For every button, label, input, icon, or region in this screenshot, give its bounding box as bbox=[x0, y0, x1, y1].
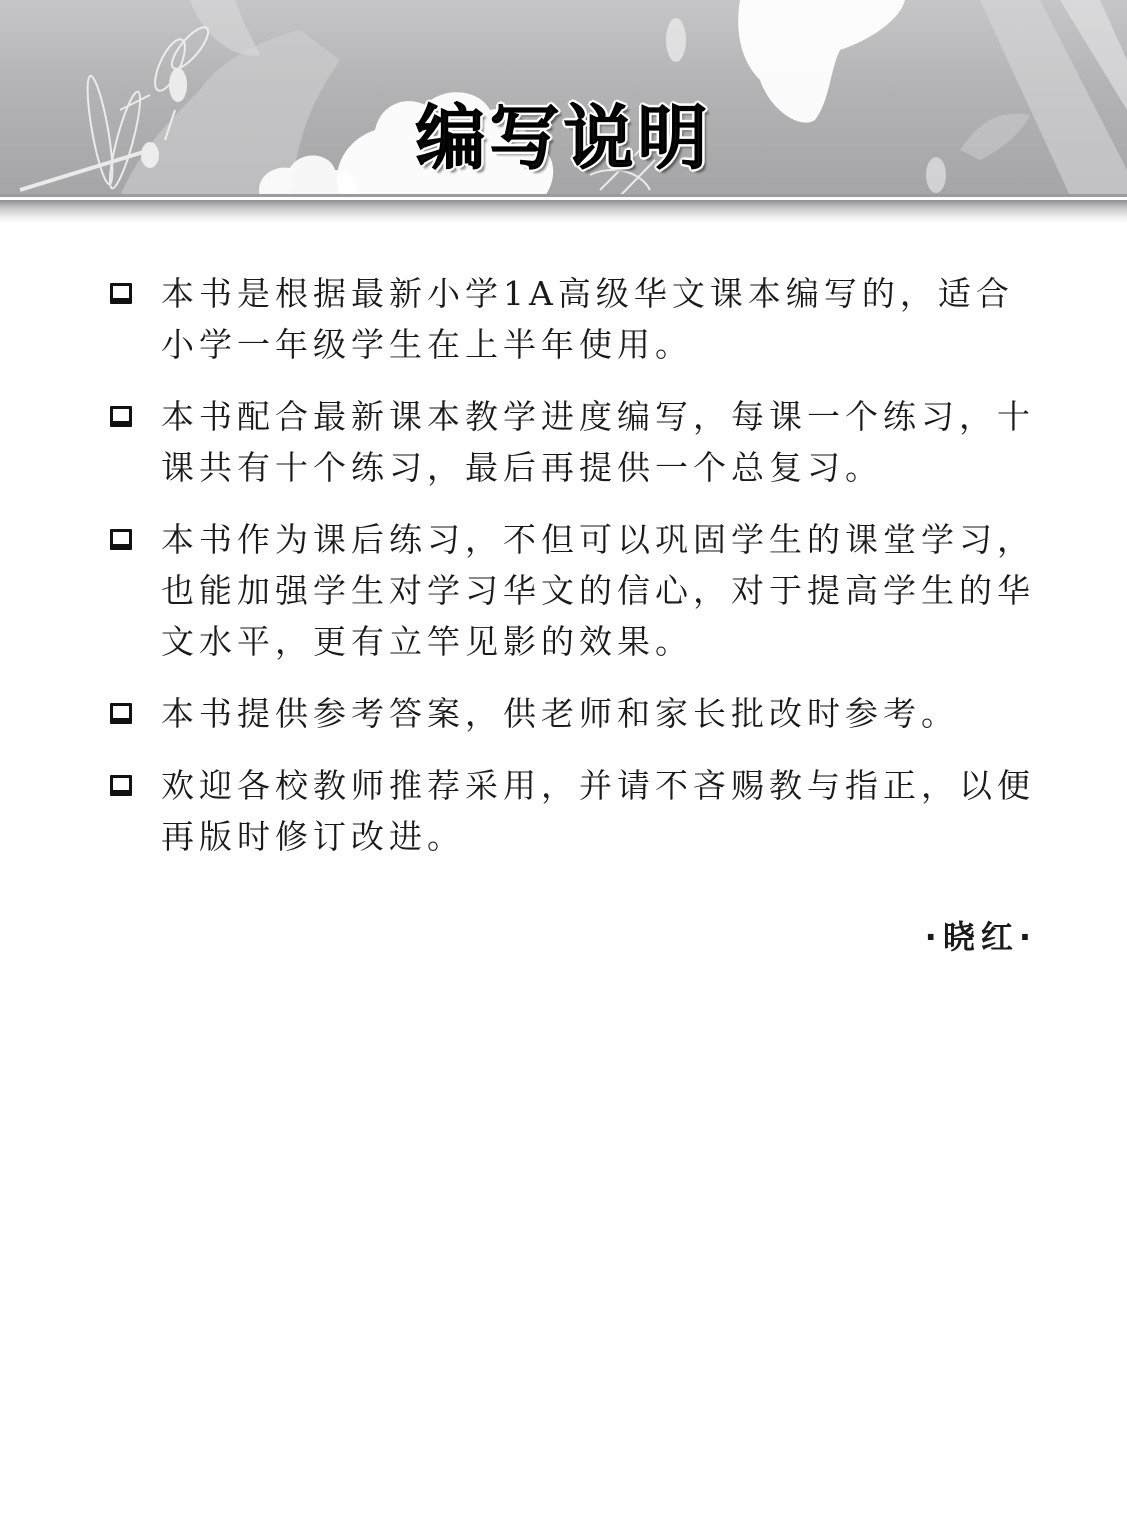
list-item-text: 本书作为课后练习，不但可以巩固学生的课堂学习，也能加强学生对学习华文的信心，对于… bbox=[161, 514, 1051, 667]
list-item-text: 本书配合最新课本教学进度编写，每课一个练习，十课共有十个练习，最后再提供一个总复… bbox=[161, 391, 1051, 493]
list-item: 本书是根据最新小学1A高级华文课本编写的，适合小学一年级学生在上半年使用。 bbox=[110, 268, 1055, 370]
list-item-text: 欢迎各校教师推荐采用，并请不吝赐教与指正，以便再版时修订改进。 bbox=[161, 760, 1051, 862]
list-item: 本书提供参考答案，供老师和家长批改时参考。 bbox=[110, 688, 1055, 739]
author-signature: ·晓红· bbox=[925, 912, 1037, 958]
square-bullet-icon bbox=[110, 529, 132, 547]
list-item: 欢迎各校教师推荐采用，并请不吝赐教与指正，以便再版时修订改进。 bbox=[110, 760, 1055, 862]
list-item: 本书作为课后练习，不但可以巩固学生的课堂学习，也能加强学生对学习华文的信心，对于… bbox=[110, 514, 1055, 667]
instructions-list: 本书是根据最新小学1A高级华文课本编写的，适合小学一年级学生在上半年使用。 本书… bbox=[110, 268, 1055, 883]
square-bullet-icon bbox=[110, 703, 132, 721]
list-item-text: 本书是根据最新小学1A高级华文课本编写的，适合小学一年级学生在上半年使用。 bbox=[161, 268, 1051, 370]
square-bullet-icon bbox=[110, 775, 132, 793]
header-banner: 编写说明 bbox=[0, 0, 1127, 196]
header-shadow bbox=[0, 200, 1127, 224]
square-bullet-icon bbox=[110, 283, 132, 301]
list-item: 本书配合最新课本教学进度编写，每课一个练习，十课共有十个练习，最后再提供一个总复… bbox=[110, 391, 1055, 493]
list-item-text: 本书提供参考答案，供老师和家长批改时参考。 bbox=[161, 688, 1051, 739]
square-bullet-icon bbox=[110, 406, 132, 424]
page-title: 编写说明 bbox=[0, 82, 1127, 183]
